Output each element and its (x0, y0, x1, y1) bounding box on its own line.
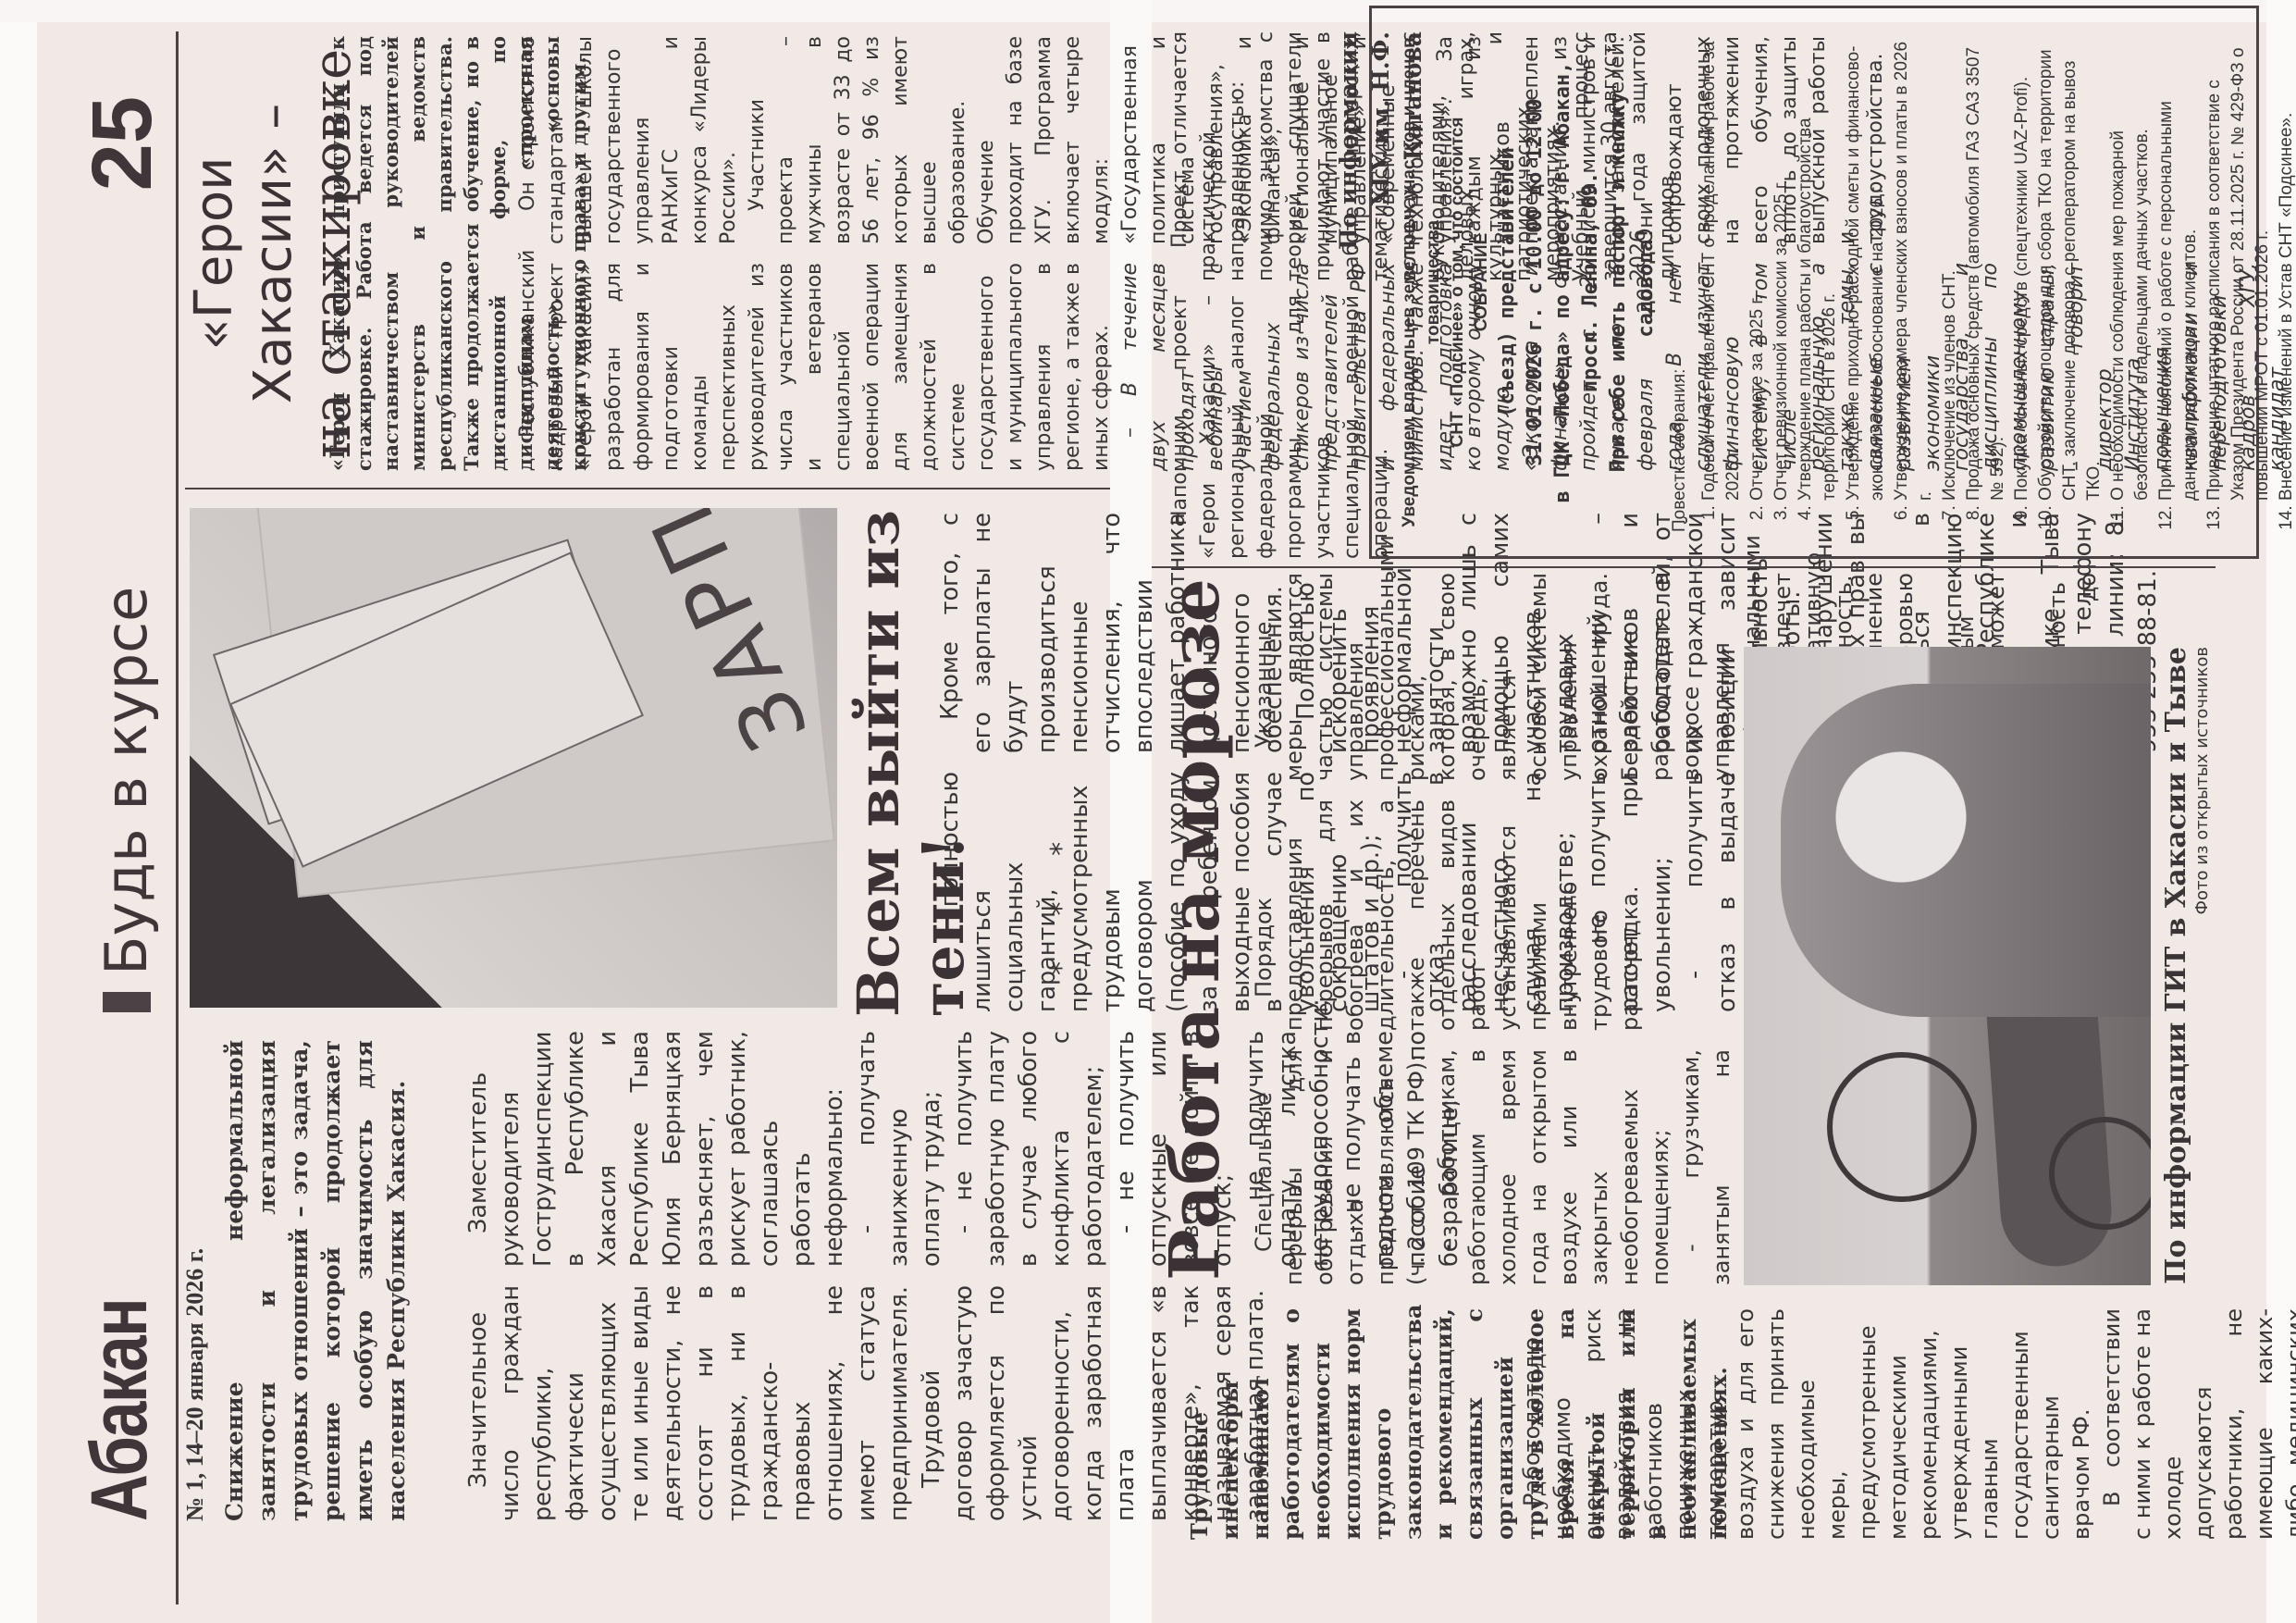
frost-headline: Работа на морозе (1156, 577, 1234, 1281)
worker-figure (1781, 684, 2151, 1017)
shadow-lead: Снижение неформальной занятости и легали… (218, 1040, 413, 1521)
agenda-list: Годовой отчет правления СНТ о проделанно… (1697, 32, 2296, 532)
column-divider (185, 488, 1110, 489)
section-separator: * * * (1045, 824, 1078, 975)
money-envelope-photo: ЗАРПЛАТА (190, 508, 837, 1008)
valve-wheel-shape (2049, 1117, 2151, 1230)
heroes-col-3: Напомним, проект «Герои Хакасии» – регио… (1166, 295, 1395, 559)
scan-edge (0, 0, 37, 1623)
rubric-label: Будь в курсе (93, 587, 160, 975)
snt-meeting-notice: Уведомляем владельцев земельных участков… (1369, 6, 2259, 559)
page-header: Абакан Будь в курсе 25 (74, 31, 179, 1604)
newspaper-page: Абакан Будь в курсе 25 № 1, 14–20 января… (0, 0, 2296, 1623)
column-divider (1152, 566, 2216, 568)
issue-date: № 1, 14–20 января 2026 г. (181, 1248, 209, 1521)
frost-credit: По информации ГИТ в Хакасии и Тыве Фото … (2160, 647, 2212, 1285)
shadow-col-1: Значительное число граждан республики, ф… (463, 1285, 1272, 1521)
valve-wheel-shape (1827, 1052, 1977, 1202)
newspaper-title: Абакан (74, 1299, 166, 1521)
rubric-marker-icon (103, 992, 151, 1012)
page-number: 25 (74, 96, 171, 191)
frost-col-3: Порядок предоставления перерывов для обо… (1249, 799, 1646, 1031)
oilfield-worker-photo (1744, 647, 2151, 1285)
rubric: Будь в курсе (93, 587, 160, 1012)
frost-col-1: Работодателю необходимо оценить риск воз… (1517, 1308, 2296, 1540)
